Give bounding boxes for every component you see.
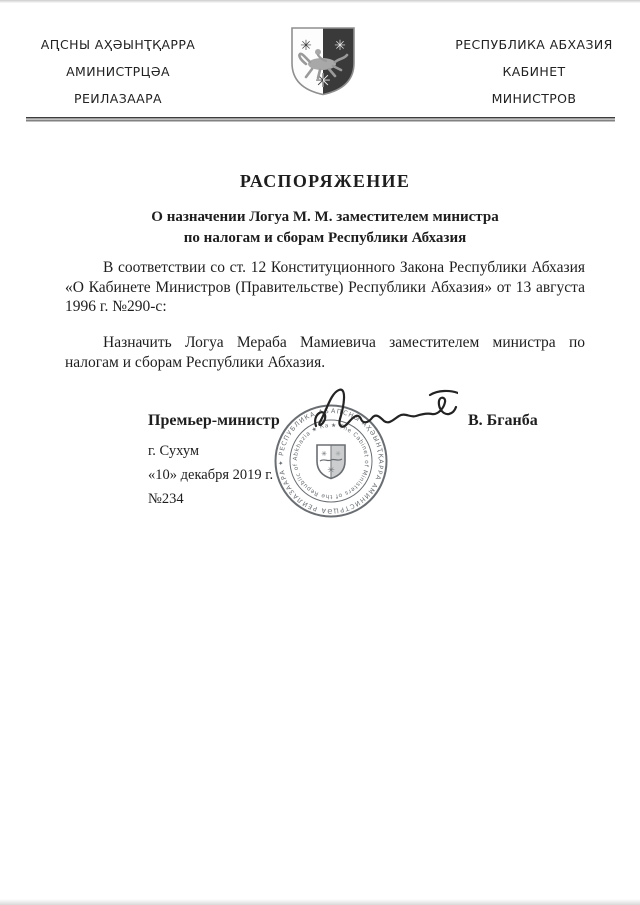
signer-name-label: В. Бганба — [468, 412, 538, 430]
requisite-date: «10» декабря 2019 г. — [148, 467, 273, 484]
star-icon: ✳ — [327, 466, 335, 476]
letterhead-left: АԤСНЫ АҲӘЫНҬҚАРРА АМИНИСТРЦӘА РЕИЛАЗААРА — [20, 31, 216, 112]
abkhazia-coat-of-arms-icon: ✳ ✳ ✳ ✳ — [289, 25, 357, 97]
subject-line1: О назначении Логуа М. М. заместителем ми… — [60, 207, 590, 228]
handwritten-signature — [308, 385, 458, 440]
seal-center-emblem: ✳ ✳ ✳ — [317, 445, 345, 479]
document-subject: О назначении Логуа М. М. заместителем ми… — [60, 207, 590, 249]
star-icon: ✳ — [300, 38, 312, 54]
signer-post-label: Премьер-министр — [148, 412, 280, 430]
document-type-title: РАСПОРЯЖЕНИЕ — [60, 171, 590, 192]
scan-artifact-top — [0, 0, 640, 3]
body-paragraph-2: Назначить Логуа Мераба Мамиевича замести… — [65, 333, 585, 372]
scan-artifact-bottom — [0, 899, 640, 905]
letterhead-right-line1: РЕСПУБЛИКА АБХАЗИЯ — [436, 31, 632, 58]
star-icon: ✳ — [334, 38, 346, 54]
star-icon: ✳ — [335, 450, 341, 458]
letterhead-left-line1: АԤСНЫ АҲӘЫНҬҚАРРА — [20, 31, 216, 58]
requisite-city: г. Сухум — [148, 443, 199, 460]
letterhead-right-line3: МИНИСТРОВ — [436, 85, 632, 112]
scanned-document-page: АԤСНЫ АҲӘЫНҬҚАРРА АМИНИСТРЦӘА РЕИЛАЗААРА… — [0, 0, 640, 905]
letterhead-left-line2: АМИНИСТРЦӘА — [20, 58, 216, 85]
subject-line2: по налогам и сборам Республики Абхазия — [60, 228, 590, 249]
requisite-number: №234 — [148, 491, 184, 508]
signature-flourish — [430, 391, 458, 395]
body-paragraph-1: В соответствии со ст. 12 Конституционног… — [65, 258, 585, 317]
letterhead-divider-rule — [26, 117, 615, 122]
letterhead-right-line2: КАБИНЕТ — [436, 58, 632, 85]
signature-stroke — [315, 390, 456, 427]
letterhead-right: РЕСПУБЛИКА АБХАЗИЯ КАБИНЕТ МИНИСТРОВ — [436, 31, 632, 112]
star-icon: ✳ — [321, 450, 327, 458]
letterhead-left-line3: РЕИЛАЗААРА — [20, 85, 216, 112]
